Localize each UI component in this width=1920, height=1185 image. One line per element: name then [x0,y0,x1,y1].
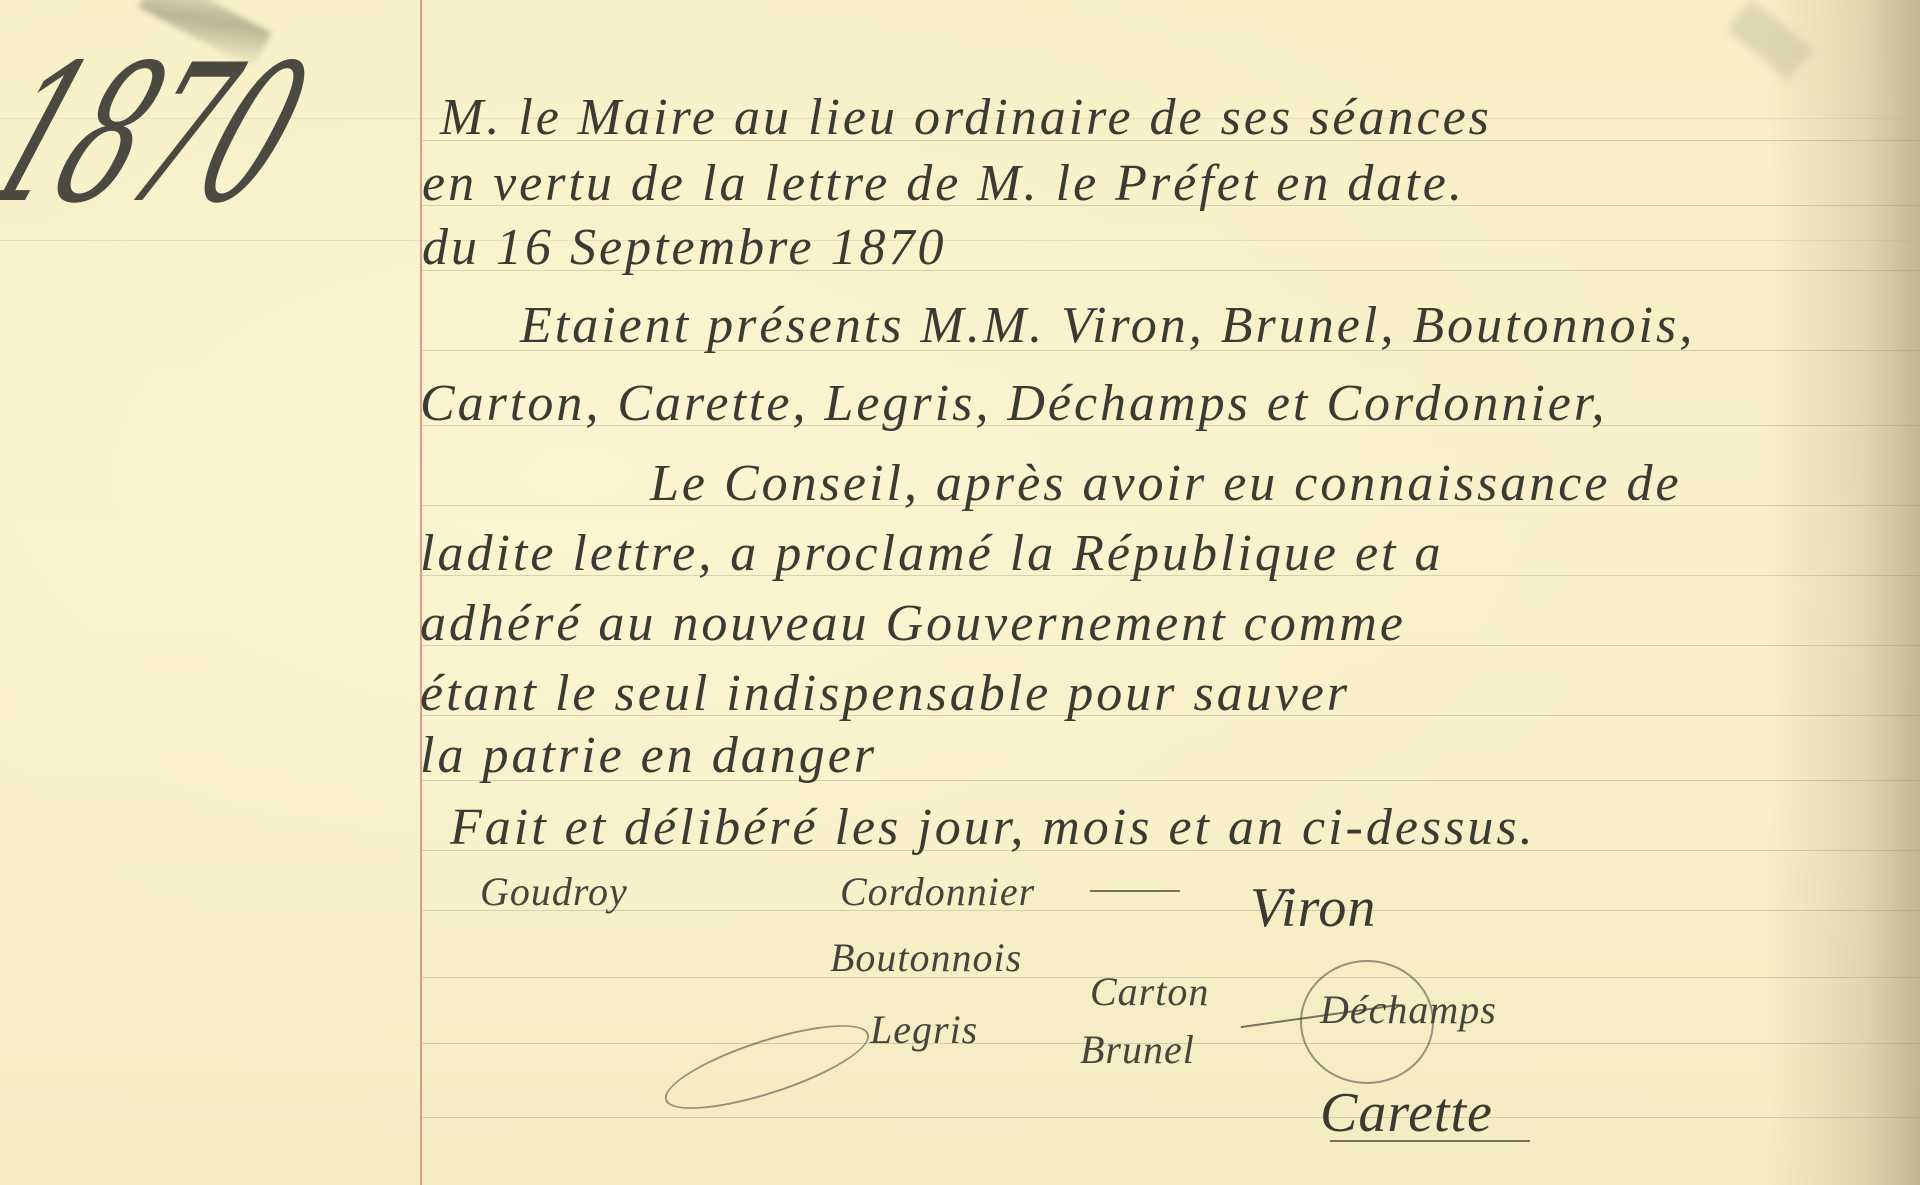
body-line-6: Le Conseil, après avoir eu connaissance … [650,458,1682,510]
signature-underline [1330,1140,1530,1142]
body-line-7: ladite lettre, a proclamé la République … [420,528,1444,580]
body-line-9: étant le seul indispensable pour sauver [420,668,1350,720]
signature-brunel: Brunel [1080,1030,1195,1070]
signature-legris: Legris [870,1010,978,1050]
body-line-2: en vertu de la lettre de M. le Préfet en… [422,158,1465,210]
body-line-1: M. le Maire au lieu ordinaire de ses séa… [440,92,1492,144]
signature-boutonnois: Boutonnois [830,938,1022,978]
signature-viron: Viron [1250,880,1376,936]
body-line-10: la patrie en danger [420,730,877,782]
signature-flourish [1090,890,1180,892]
signature-carton: Carton [1090,972,1209,1012]
signature-cordonnier: Cordonnier [840,872,1035,912]
body-line-8: adhéré au nouveau Gouvernement comme [420,598,1406,650]
ruled-line [422,910,1920,911]
body-line-3: du 16 Septembre 1870 [422,222,947,274]
signature-goudroy: Goudroy [480,872,628,912]
signature-carette: Carette [1320,1085,1493,1141]
signature-flourish [1300,960,1434,1084]
ruled-line [0,240,1920,241]
body-line-11: Fait et délibéré les jour, mois et an ci… [450,802,1536,854]
body-line-4: Etaient présents M.M. Viron, Brunel, Bou… [520,300,1695,352]
ruled-line [422,1117,1920,1118]
body-line-5: Carton, Carette, Legris, Déchamps et Cor… [420,378,1607,430]
